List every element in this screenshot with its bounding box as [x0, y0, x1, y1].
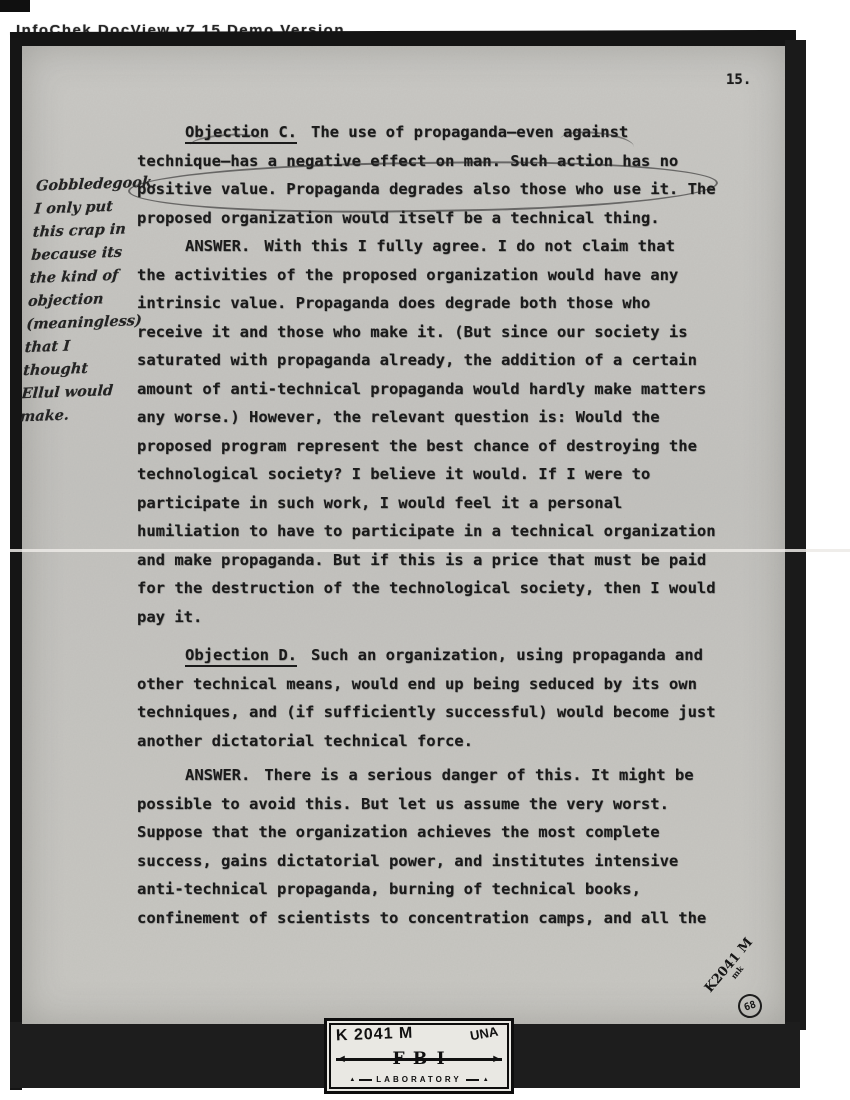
typed-line: technological society? I believe it woul…: [137, 460, 769, 489]
page-number: 15.: [726, 72, 751, 88]
margin-note-line: that I thought: [22, 332, 137, 382]
scan-scratch-line: [10, 549, 850, 552]
typed-text: With this I fully agree. I do not claim …: [264, 237, 675, 255]
typed-line: Objection D.Such an organization, using …: [137, 641, 769, 670]
triangle-icon: ▲: [483, 1077, 489, 1083]
fbi-logo: ◄ F-B-I ►: [336, 1051, 502, 1069]
typed-line: intrinsic value. Propaganda does degrade…: [137, 289, 769, 318]
typed-line: humiliation to have to participate in a …: [137, 517, 769, 546]
scan-border-right: [785, 40, 806, 1030]
typed-line: pay it.: [137, 603, 769, 632]
typed-line: anti-technical propaganda, burning of te…: [137, 875, 769, 904]
margin-note-line: (meaningless): [26, 309, 140, 336]
paper-page: 15. Objection C.The use of propaganda—ev…: [22, 46, 785, 1024]
typed-text: Such an organization, using propaganda a…: [311, 646, 703, 664]
answer-heading: ANSWER.: [185, 237, 250, 255]
typed-line: Suppose that the organization achieves t…: [137, 818, 769, 847]
typed-line: saturated with propaganda already, the a…: [137, 346, 769, 375]
fbi-lab-stamp-inner: K 2041 M UNA ◄ F-B-I ► ▲ LABORATORY ▲: [329, 1023, 509, 1089]
typed-line: confinement of scientists to concentrati…: [137, 904, 769, 933]
stamp-case-suffix: UNA: [469, 1024, 499, 1044]
scan-corner-artifact: [0, 0, 30, 12]
typed-line: any worse.) However, the relevant questi…: [137, 403, 769, 432]
typed-line: possible to avoid this. But let us assum…: [137, 790, 769, 819]
paragraph-answer-d: ANSWER.There is a serious danger of this…: [137, 761, 769, 932]
circled-page-index: 68: [735, 991, 765, 1021]
answer-heading: ANSWER.: [185, 766, 250, 784]
typed-line: the activities of the proposed organizat…: [137, 261, 769, 290]
typed-line: amount of anti-technical propaganda woul…: [137, 375, 769, 404]
typed-line: other technical means, would end up bein…: [137, 670, 769, 699]
stamp-case-number: K 2041 M: [336, 1025, 414, 1046]
dash-ornament: [466, 1079, 479, 1081]
margin-note-line: make.: [19, 401, 133, 428]
handwritten-margin-note: Gobbledegook. I only put this crap in be…: [19, 171, 149, 429]
typed-line: success, gains dictatorial power, and in…: [137, 847, 769, 876]
typed-line: ANSWER.With this I fully agree. I do not…: [137, 232, 769, 261]
fbi-logo-text: F-B-I: [347, 1051, 491, 1068]
triangle-icon: ▲: [349, 1077, 355, 1083]
typed-line: techniques, and (if sufficiently success…: [137, 698, 769, 727]
typed-text: There is a serious danger of this. It mi…: [264, 766, 693, 784]
laboratory-label-row: ▲ LABORATORY ▲: [336, 1075, 502, 1084]
objection-d-heading: Objection D.: [185, 646, 297, 667]
scan-border-left: [10, 38, 22, 1090]
arrow-right-icon: ►: [491, 1054, 502, 1065]
typed-line: participate in such work, I would feel i…: [137, 489, 769, 518]
arrow-left-icon: ◄: [336, 1054, 347, 1065]
typed-line: proposed program represent the best chan…: [137, 432, 769, 461]
typed-line: for the destruction of the technological…: [137, 574, 769, 603]
typed-line: ANSWER.There is a serious danger of this…: [137, 761, 769, 790]
paragraph-objection-d: Objection D.Such an organization, using …: [137, 641, 769, 755]
scanned-document-screenshot: { "watermark": { "text": "InfoChek DocVi…: [0, 0, 850, 1100]
examiner-corner-note: K2041 M mk: [703, 936, 763, 1001]
laboratory-label: LABORATORY: [376, 1075, 461, 1084]
dash-ornament: [359, 1079, 372, 1081]
typed-line: receive it and those who make it. (But s…: [137, 318, 769, 347]
typed-text-block: Objection C.The use of propaganda—even a…: [137, 118, 769, 932]
typed-line: another dictatorial technical force.: [137, 727, 769, 756]
fbi-lab-stamp: K 2041 M UNA ◄ F-B-I ► ▲ LABORATORY ▲: [324, 1018, 514, 1094]
paragraph-answer-c: ANSWER.With this I fully agree. I do not…: [137, 232, 769, 631]
